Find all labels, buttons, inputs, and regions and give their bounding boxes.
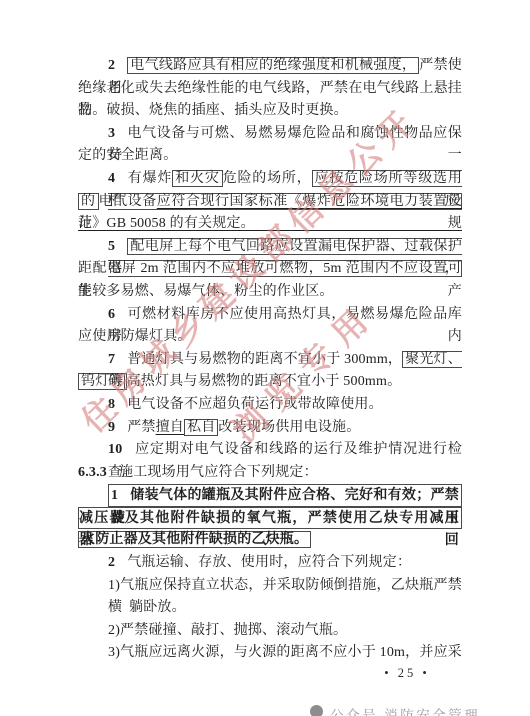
text-run: 有爆炸	[127, 171, 172, 186]
text-line: 的电气设备应符合现行国家标准《爆炸危险环境电力装置设计规	[78, 191, 462, 214]
text-line: 距配电屏 2m 范围内不应堆放可燃物，5m 范围内不应设置可能产	[78, 258, 462, 281]
text-run: 2)严禁碰撞、敲打、抛掷、滚动气瓶。	[108, 623, 347, 638]
text-line: 品。破损、烧焦的插座、插头应及时更换。	[78, 100, 462, 123]
text-line: 7普通灯具与易燃物的距离不宜小于 300mm，聚光灯、碘	[78, 349, 462, 372]
text-line: 6.3.3施工现场用气应符合下列规定：	[78, 462, 462, 485]
boxed-text: 和火灾	[172, 170, 222, 187]
underlined-text: 范》GB 50058 的有关规定	[78, 216, 241, 231]
text-run: 严禁	[127, 420, 155, 435]
text-line: 4有爆炸和火灾危险的场所，应按危险场所等级选用相应	[78, 168, 462, 191]
text-run: 躺卧放。	[129, 600, 186, 615]
page-number: • 25 •	[352, 666, 462, 681]
text-line: 2电气线路应具有相应的绝缘强度和机械强度，严禁使用	[78, 55, 462, 78]
clause-number: 4	[108, 171, 115, 186]
clause-number: 2	[108, 555, 115, 570]
text-line: 3电气设备与可燃、易燃易爆危险品和腐蚀性物品应保持一	[78, 123, 462, 146]
text-run: 电气设备不应超负荷运行或带故障使用。	[127, 397, 383, 412]
text-run: 普通灯具与易燃物的距离不宜小于 300mm，	[127, 352, 402, 367]
footer-text: 公众号 消防安全管理	[330, 704, 480, 716]
document-page: 2电气线路应具有相应的绝缘强度和机械强度，严禁使用绝缘老化或失去绝缘性能的电气线…	[0, 0, 530, 716]
boxed-text: 私自	[184, 419, 218, 436]
footer-round-logo-icon	[310, 705, 323, 716]
text-line: 2气瓶运输、存放、使用时，应符合下列规定：	[78, 552, 462, 575]
footer: 公众号 消防安全管理	[310, 704, 480, 716]
text-run: 施工现场用气应符合下列规定：	[119, 465, 318, 480]
text-line: 6可燃材料库房不应使用高热灯具，易燃易爆危险品库房内	[78, 304, 462, 327]
text-line: 减压器及其他附件缺损的氧气瓶，严禁使用乙炔专用减压器、回	[78, 507, 462, 530]
text-run: 定的安全距离。	[78, 148, 177, 163]
underlined-text: 擅自	[156, 420, 184, 435]
clause-number: 5	[108, 239, 115, 254]
text-line: 9严禁擅自私自改装现场供用电设施。	[78, 417, 462, 440]
text-line: 10应定期对电气设备和线路的运行及维护情况进行检查。	[78, 439, 462, 462]
text-run: 3)气瓶应远离火源，与火源的距离不应小于 10m，并应采	[108, 645, 462, 660]
clause-number: 9	[108, 420, 115, 435]
clause-number: 6	[108, 307, 115, 322]
boxed-text: 电气线路应具有相应的绝缘强度和机械强度，	[127, 57, 419, 74]
text-line: 1)气瓶应保持直立状态，并采取防倾倒措施，乙炔瓶严禁横	[78, 575, 462, 598]
text-run: 生较多易燃、易爆气体、粉尘的作业区。	[78, 284, 334, 299]
clause-number: 3	[108, 126, 115, 141]
text-run: 危险的场所，	[223, 171, 312, 186]
text-line: 5配电屏上每个电气回路应设置漏电保护器、过载保护器，	[78, 236, 462, 259]
boxed-text: 钨灯等	[78, 373, 127, 390]
clause-number: 2	[108, 58, 115, 73]
text-line: 钨灯等高热灯具与易燃物的距离不宜小于 500mm。	[78, 371, 462, 394]
text-line: 绝缘老化或失去绝缘性能的电气线路，严禁在电气线路上悬挂物	[78, 78, 462, 101]
text-line: 1储装气体的罐瓶及其附件应合格、完好和有效；严禁使用	[108, 484, 462, 507]
text-line: 3)气瓶应远离火源，与火源的距离不应小于 10m，并应采	[78, 642, 462, 665]
text-line: 躺卧放。	[78, 597, 462, 620]
boxed-text: 的	[78, 193, 99, 210]
document-body: 2电气线路应具有相应的绝缘强度和机械强度，严禁使用绝缘老化或失去绝缘性能的电气线…	[78, 55, 462, 665]
clause-number: 10	[108, 442, 122, 457]
boxed-text: 火防止器及其他附件缺损的乙炔瓶。	[78, 531, 311, 548]
text-run: 改装现场供用电设施。	[218, 420, 360, 435]
clause-number: 1	[111, 488, 118, 503]
text-run: 气瓶运输、存放、使用时，应符合下列规定：	[127, 555, 411, 570]
text-run: 应使用防爆灯具。	[78, 329, 192, 344]
text-line: 2)严禁碰撞、敲打、抛掷、滚动气瓶。	[78, 620, 462, 643]
clause-number: 6.3.3	[78, 465, 107, 480]
text-run: 电气设备	[99, 194, 157, 209]
text-run: 。	[241, 216, 255, 231]
text-run: 高热灯具与易燃物的距离不宜小于 500mm。	[127, 374, 402, 389]
text-run: 品。破损、烧焦的插座、插头应及时更换。	[78, 103, 348, 118]
text-line: 8电气设备不应超负荷运行或带故障使用。	[78, 394, 462, 417]
clause-number: 8	[108, 397, 115, 412]
clause-number: 7	[108, 352, 115, 367]
